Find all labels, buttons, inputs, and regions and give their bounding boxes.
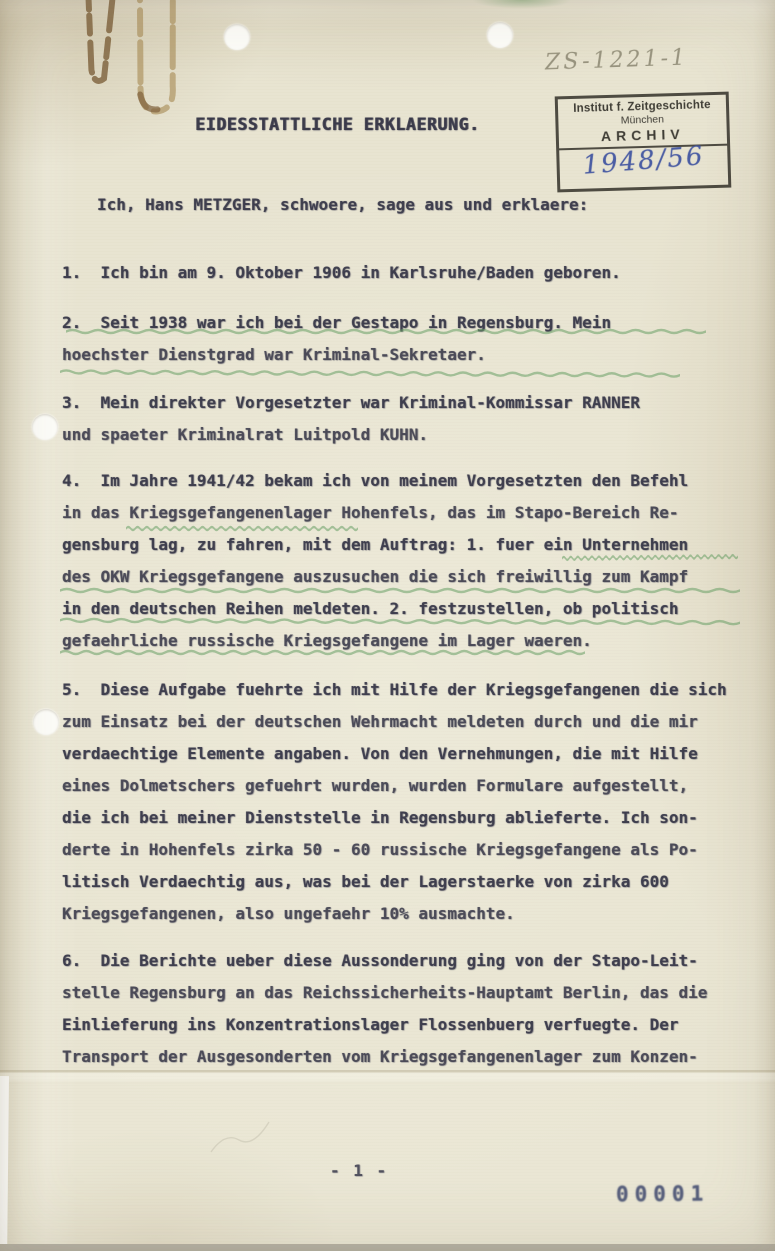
paragraph-3: 3. Mein direkter Vorgesetzter war Krimin… bbox=[62, 387, 640, 451]
scanned-document: { "page": { "catalog_number": "ZS-1221-1… bbox=[0, 0, 775, 1251]
text-line: 3. Mein direkter Vorgesetzter war Krimin… bbox=[62, 387, 640, 419]
text-line: 4. Im Jahre 1941/42 bekam ich von meinem… bbox=[62, 465, 688, 497]
paragraph-2: 2. Seit 1938 war ich bei der Gestapo in … bbox=[62, 307, 611, 371]
paragraph-5: 5. Diese Aufgabe fuehrte ich mit Hilfe d… bbox=[62, 674, 727, 930]
text-line: litisch Verdaechtig aus, was bei der Lag… bbox=[62, 866, 727, 898]
intro-line: Ich, Hans METZGER, schwoere, sage aus un… bbox=[97, 189, 588, 221]
text-line: verdaechtige Elemente angaben. Von den V… bbox=[62, 738, 727, 770]
text-line: hoechster Dienstgrad war Kriminal-Sekret… bbox=[62, 339, 611, 371]
text-line: eines Dolmetschers gefuehrt wurden, wurd… bbox=[62, 770, 727, 802]
document-title: EIDESSTATTLICHE ERKLAERUNG. bbox=[195, 115, 479, 134]
text-line: stelle Regensburg an das Reichssicherhei… bbox=[62, 977, 707, 1009]
typewritten-layer: EIDESSTATTLICHE ERKLAERUNG. Ich, Hans ME… bbox=[0, 0, 775, 1251]
text-line: 5. Diese Aufgabe fuehrte ich mit Hilfe d… bbox=[62, 674, 727, 706]
text-line: die ich bei meiner Dienststelle in Regen… bbox=[62, 802, 727, 834]
text-line: Transport der Ausgesonderten vom Kriegsg… bbox=[62, 1041, 707, 1073]
text-line: 6. Die Berichte ueber diese Aussonderung… bbox=[62, 945, 707, 977]
text-line: Einlieferung ins Konzentrationslager Flo… bbox=[62, 1009, 707, 1041]
text-line: und spaeter Kriminalrat Luitpold KUHN. bbox=[62, 419, 640, 451]
text-line: 1. Ich bin am 9. Oktober 1906 in Karlsru… bbox=[62, 257, 621, 289]
document-page: ZS-1221-1 Institut f. Zeitgeschichte Mün… bbox=[0, 0, 775, 1251]
text-line: derte in Hohenfels zirka 50 - 60 russisc… bbox=[62, 834, 727, 866]
below-fold-region bbox=[0, 1084, 775, 1244]
text-line: gefaehrliche russische Kriegsgefangene i… bbox=[62, 625, 688, 657]
text-line: Kriegsgefangenen, also ungefaehr 10% aus… bbox=[62, 898, 727, 930]
text-line: gensburg lag, zu fahren, mit dem Auftrag… bbox=[62, 529, 688, 561]
text-line: des OKW Kriegsgefangene auszusuchen die … bbox=[62, 561, 688, 593]
paragraph-4: 4. Im Jahre 1941/42 bekam ich von meinem… bbox=[62, 465, 688, 657]
text-line: in den deutschen Reihen meldeten. 2. fes… bbox=[62, 593, 688, 625]
scan-edge-bottom bbox=[0, 1244, 775, 1251]
text-line: zum Einsatz bei der deutschen Wehrmacht … bbox=[62, 706, 727, 738]
text-line: 2. Seit 1938 war ich bei der Gestapo in … bbox=[62, 307, 611, 339]
paragraph-1: 1. Ich bin am 9. Oktober 1906 in Karlsru… bbox=[62, 257, 621, 289]
paragraph-6: 6. Die Berichte ueber diese Aussonderung… bbox=[62, 945, 707, 1073]
fold-crease bbox=[0, 1070, 775, 1084]
text-line: in das Kriegsgefangenenlager Hohenfels, … bbox=[62, 497, 688, 529]
